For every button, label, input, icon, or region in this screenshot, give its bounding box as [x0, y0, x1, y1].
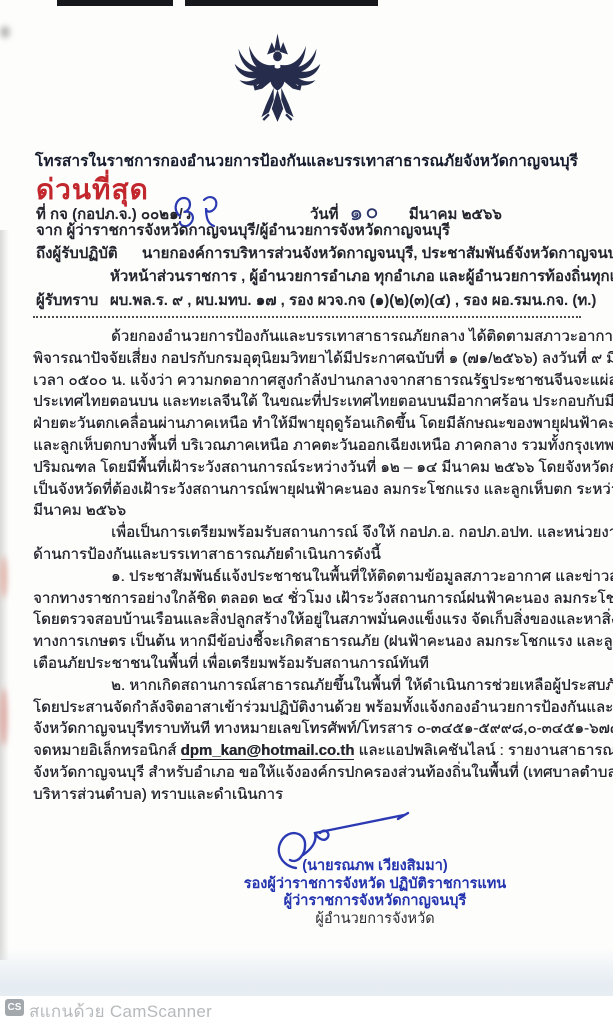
signer-position-3: ผู้อำนวยการจังหวัด: [225, 911, 525, 929]
to-recipients-line1: นายกองค์การบริหารส่วนจังหวัดกาญจนบุรี, ป…: [142, 241, 613, 265]
from-label: จาก: [36, 222, 62, 239]
paragraph-line: ด้านการป้องกันและบรรเทาสาธารณภัยดำเนินกา…: [33, 544, 585, 566]
to-recipients-line2: หัวหน้าส่วนราชการ , ผู้อำนวยการอำเภอ ทุก…: [110, 264, 613, 288]
acknowledge-recipients: ผบ.พล.ร. ๙ , ผบ.มทบ. ๑๗ , รอง ผวจ.กจ (๑)…: [110, 288, 596, 312]
from-row: จาก ผู้ว่าราชการจังหวัดกาญจนบุรี/ผู้อำนว…: [36, 218, 450, 242]
body-text: ด้วยกองอำนวยการป้องกันและบรรเทาสาธารณภัย…: [33, 326, 585, 806]
paragraph-line: ทางการเกษตร เป็นต้น หากมีข้อบ่งชี้จะเกิด…: [33, 631, 585, 653]
email-address: dpm_kan@hotmail.co.th: [181, 742, 355, 760]
paragraph-line: จังหวัดกาญจนบุรี สำหรับอำเภอ ขอให้แจ้งอง…: [33, 762, 585, 784]
from-value: ผู้ว่าราชการจังหวัดกาญจนบุรี/ผู้อำนวยการ…: [66, 222, 449, 239]
to-label: ถึงผู้รับปฏิบัติ: [36, 241, 118, 265]
paragraph-line: จังหวัดกาญจนบุรีทราบทันที ทางหมายเลขโทรศ…: [33, 718, 585, 740]
dotted-divider: [33, 316, 581, 318]
paragraph-line: ๑. ประชาสัมพันธ์แจ้งประชาชนในพื้นที่ให้ต…: [33, 566, 585, 588]
paragraph-line: จดหมายอิเล็กทรอนิกส์ dpm_kan@hotmail.co.…: [33, 740, 585, 762]
scan-artifact: [0, 556, 7, 598]
camscanner-icon: CS: [5, 999, 24, 1016]
paragraph-line: โดยประสานจัดกำลังจิตอาสาเข้าร่วมปฏิบัติง…: [33, 697, 585, 719]
signer-position-2: ผู้ว่าราชการจังหวัดกาญจนบุรี: [225, 893, 525, 911]
paragraph-line: มีนาคม ๒๕๖๖: [33, 500, 585, 522]
email-line-pre: จดหมายอิเล็กทรอนิกส์: [33, 742, 181, 759]
paragraph-line: พิจารณาปัจจัยเสี่ยง กอปรกับกรมอุตุนิยมวิ…: [33, 348, 585, 370]
scan-artifact: [185, 0, 378, 6]
scanned-document-page: { "header": { "title": "โทรสารในราชการกอ…: [0, 0, 613, 1024]
paragraph-line: จากทางราชการอย่างใกล้ชิด ตลอด ๒๔ ชั่วโมง…: [33, 588, 585, 610]
paragraph-line: เพื่อเป็นการเตรียมพร้อมรับสถานการณ์ จึงใ…: [33, 522, 585, 544]
scan-artifact: [57, 0, 173, 6]
paragraph-line: ปริมณฑล โดยมีพื้นที่เฝ้าระวังสถานการณ์ระ…: [33, 457, 585, 479]
signature-block: (นายรณภพ เวียงสิมมา) รองผู้ว่าราชการจังห…: [225, 858, 525, 928]
paragraph-line: ประเทศไทยตอนบน และทะเลจีนใต้ ในขณะที่ประ…: [33, 391, 585, 413]
paragraph-line: ฝ่ายตะวันตกเคลื่อนผ่านภาคเหนือ ทำให้มีพา…: [33, 413, 585, 435]
scan-artifact: [0, 688, 7, 746]
paragraph-line: เป็นจังหวัดที่ต้องเฝ้าระวังสถานการณ์พายุ…: [33, 479, 585, 501]
scan-footer-band: [0, 948, 613, 996]
paragraph-line: โดยตรวจสอบบ้านเรือนและสิ่งปลูกสร้างให้อย…: [33, 609, 585, 631]
signer-position-1: รองผู้ว่าราชการจังหวัด ปฏิบัติราชการแทน: [225, 876, 525, 894]
garuda-emblem-icon: [230, 32, 325, 132]
paragraph-line: เวลา ๐๕๐๐ น. แจ้งว่า ความกดอากาศสูงกำลัง…: [33, 370, 585, 392]
paragraph-line: ด้วยกองอำนวยการป้องกันและบรรเทาสาธารณภัย…: [33, 326, 585, 348]
paragraph-line: เตือนภัยประชาชนในพื้นที่ เพื่อเตรียมพร้อ…: [33, 653, 585, 675]
paragraph-line: บริหารส่วนตำบล) ทราบและดำเนินการ: [33, 784, 585, 806]
email-line-post: และแอปพลิเคชันไลน์ : รายงานสาธารณภัย: [354, 742, 613, 759]
acknowledge-label: ผู้รับทราบ: [36, 288, 98, 312]
signer-name-stamp: (นายรณภพ เวียงสิมมา): [225, 858, 525, 876]
paragraph-line: และลูกเห็บตกบางพื้นที่ บริเวณภาคเหนือ ภา…: [33, 435, 585, 457]
paragraph-line: ๒. หากเกิดสถานการณ์สาธารณภัยขึ้นในพื้นที…: [33, 675, 585, 697]
scan-artifact: [0, 26, 10, 38]
camscanner-watermark: สแกนด้วย CamScanner: [29, 998, 212, 1024]
